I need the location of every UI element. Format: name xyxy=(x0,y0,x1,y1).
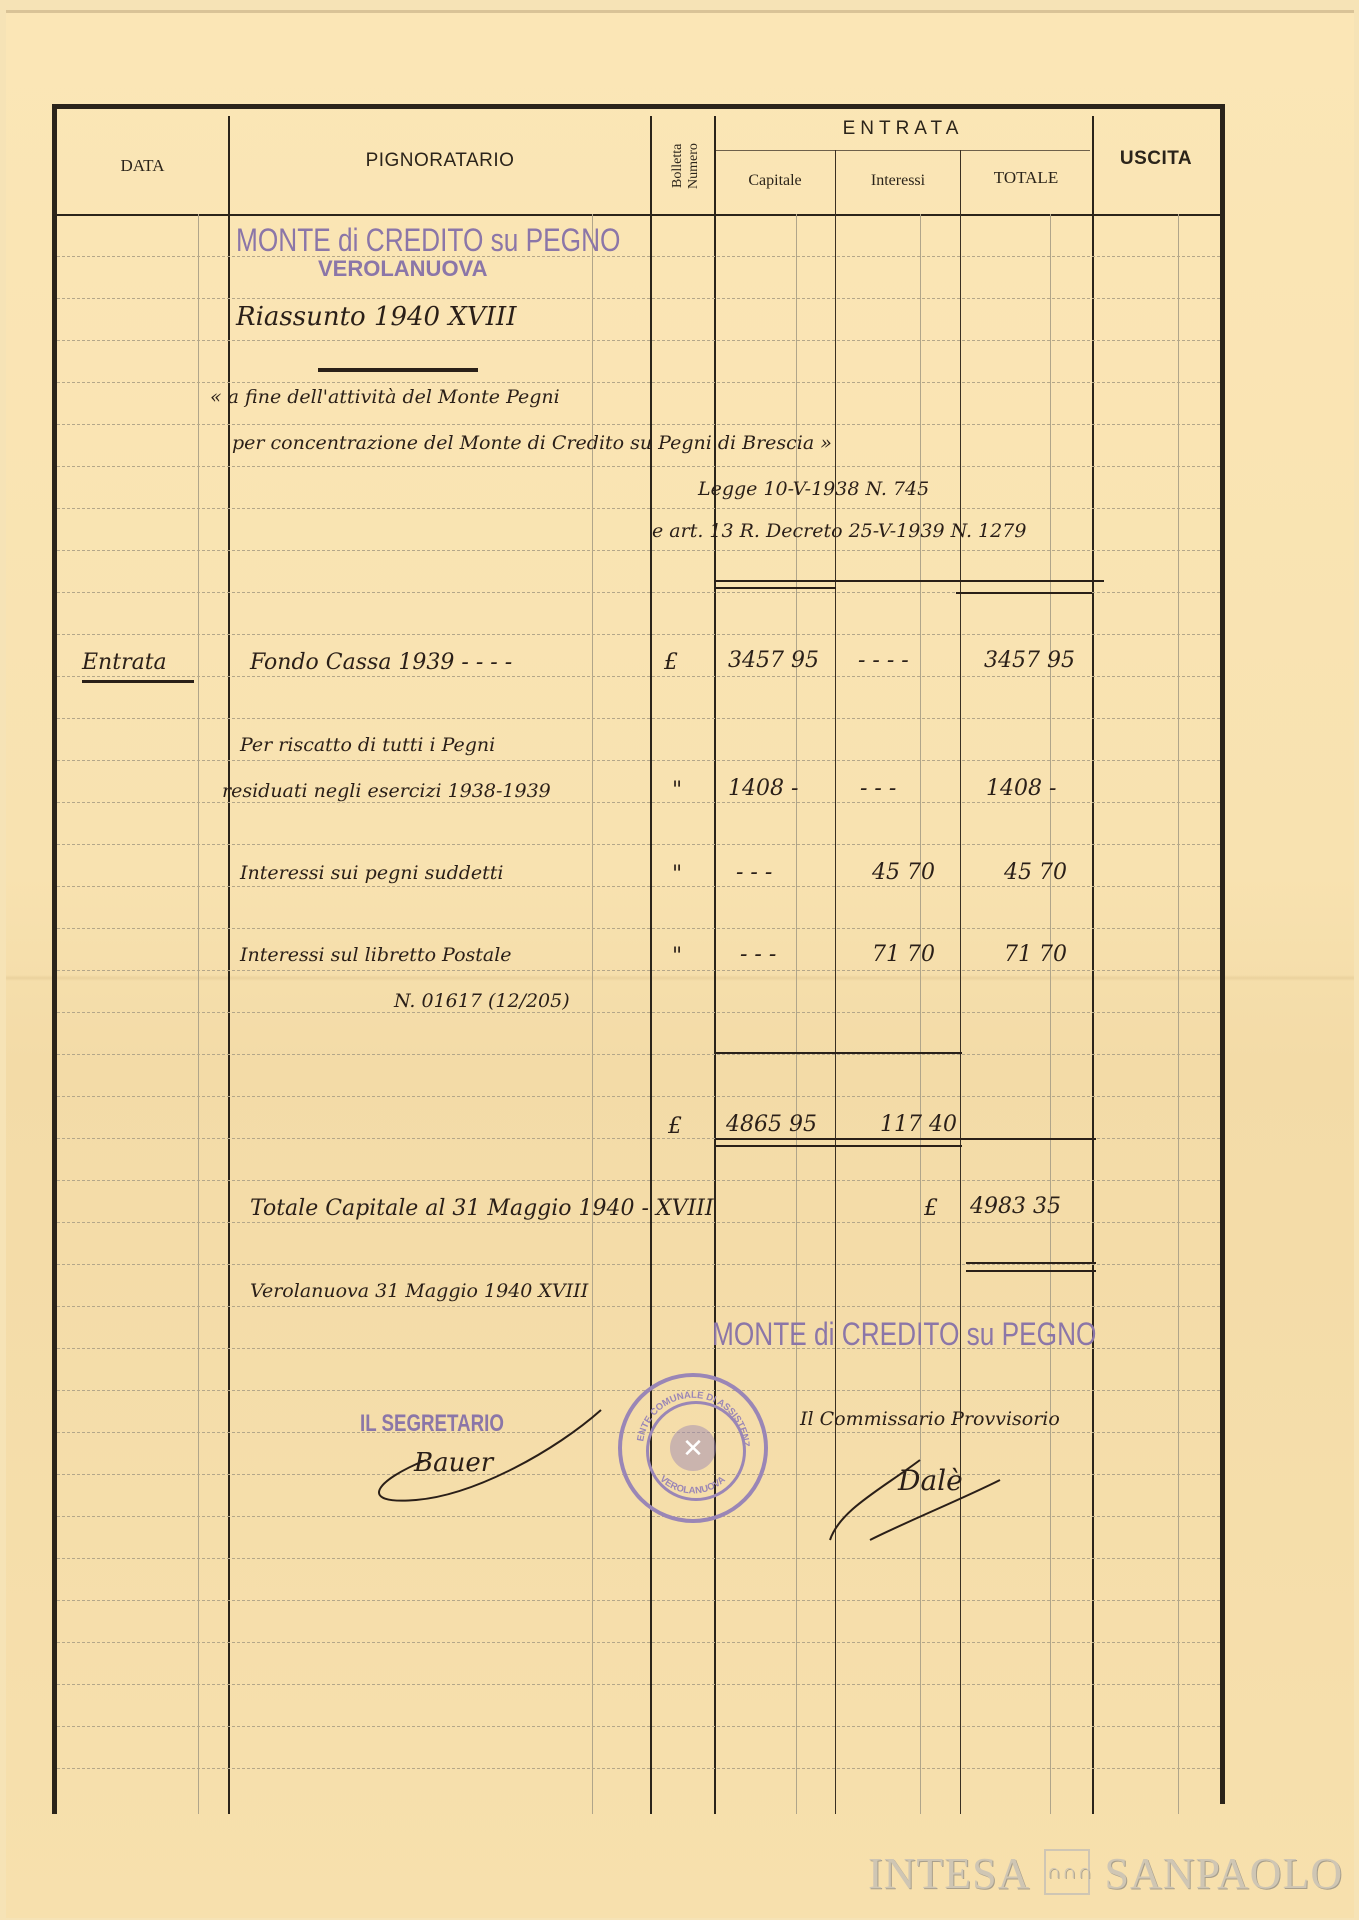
ruling-line xyxy=(57,1726,1220,1727)
ruling-line xyxy=(57,1264,1220,1265)
watermark-left: INTESA xyxy=(868,1849,1030,1898)
entry-currency: £ xyxy=(664,650,678,675)
totale-top-rule xyxy=(956,592,1092,594)
entry-description: Interessi sul libretto Postale xyxy=(240,944,512,966)
total-currency: £ xyxy=(924,1196,938,1221)
ruling-line xyxy=(57,718,1220,719)
ruling-line xyxy=(57,1558,1220,1559)
entry-description-cont: residuati negli esercizi 1938-1939 xyxy=(222,780,551,802)
stamp-verolanuova: VEROLANUOVA xyxy=(318,256,488,282)
title-underline xyxy=(318,368,478,372)
ruling-line xyxy=(57,1180,1220,1181)
ruling-line xyxy=(57,298,1220,299)
header-data: DATA xyxy=(60,156,225,176)
stamp-monte-credito: MONTE di CREDITO su PEGNO xyxy=(236,222,620,259)
official-seal: ✕ ENTE COMUNALE DI ASSISTENZA VEROLANUOV… xyxy=(618,1373,768,1523)
subtotal-double-rule-2 xyxy=(716,1145,962,1147)
section-label-underline xyxy=(82,680,194,683)
entry-capitale: - - - xyxy=(740,942,776,967)
ruling-line xyxy=(57,886,1220,887)
header-uscita: USCITA xyxy=(1094,148,1218,170)
capitale-top-rule xyxy=(714,587,836,589)
commissioner-signature-flourish xyxy=(810,1430,1010,1550)
entry-interessi: - - - - xyxy=(858,648,909,673)
total-double-rule-2 xyxy=(966,1270,1096,1272)
ruling-line xyxy=(57,1600,1220,1601)
seal-text-top: ENTE COMUNALE DI ASSISTENZA xyxy=(622,1377,751,1447)
secretary-signature-flourish xyxy=(356,1400,616,1510)
subtotal-top-rule xyxy=(716,1052,962,1054)
arches-logo-icon: ∩∩∩ xyxy=(1044,1849,1090,1895)
subtotal-capitale: 4865 95 xyxy=(726,1112,817,1137)
watermark-right: SANPAOLO xyxy=(1104,1849,1343,1898)
sub-col-capitale-cents xyxy=(796,214,797,1814)
total-capital-amount: 4983 35 xyxy=(970,1194,1061,1219)
entry-capitale: 1408 - xyxy=(728,776,798,801)
paper-fold xyxy=(6,975,1354,981)
header-rule xyxy=(57,214,1220,216)
ruling-line xyxy=(57,844,1220,845)
intro-line-2: per concentrazione del Monte di Credito … xyxy=(232,432,832,454)
commissioner-title: Il Commissario Provvisorio xyxy=(800,1408,1060,1430)
ruling-line xyxy=(57,340,1220,341)
entry-description: Per riscatto di tutti i Pegni xyxy=(240,734,495,756)
entry-description: Fondo Cassa 1939 - - - - xyxy=(250,650,512,675)
ruling-line xyxy=(57,970,1220,971)
sub-col-data xyxy=(198,214,199,1814)
entrata-subrule xyxy=(716,150,1090,151)
entry-currency: " xyxy=(672,862,682,887)
document-title: Riassunto 1940 XVIII xyxy=(236,302,516,332)
header-pignoratario: PIGNORATARIO xyxy=(232,150,648,172)
header-bolletta-numero: Bolletta Numero xyxy=(670,128,702,204)
intro-line-1: « a fine dell'attività del Monte Pegni xyxy=(210,386,560,408)
entry-description: Interessi sui pegni suddetti xyxy=(240,862,504,884)
entries-top-rule xyxy=(714,580,1104,582)
entry-totale: 45 70 xyxy=(1004,860,1067,885)
ruling-line xyxy=(57,382,1220,383)
entry-currency: " xyxy=(672,944,682,969)
ruling-line xyxy=(57,676,1220,677)
col-divider-data xyxy=(228,116,230,1814)
subtotal-currency: £ xyxy=(668,1114,682,1139)
law-reference-2: e art. 13 R. Decreto 25-V-1939 N. 1279 xyxy=(652,520,1026,542)
subtotal-double-rule-1 xyxy=(716,1138,1096,1140)
svg-text:VEROLANUOVA: VEROLANUOVA xyxy=(658,1474,728,1497)
col-divider-interessi xyxy=(960,150,961,1814)
sub-col-pign xyxy=(592,214,593,1814)
col-divider-pignoratario xyxy=(650,116,652,1814)
right-border xyxy=(1220,104,1225,1804)
svg-text:ENTE COMUNALE DI ASSISTENZA: ENTE COMUNALE DI ASSISTENZA xyxy=(622,1377,751,1447)
top-border xyxy=(52,104,1224,109)
ruling-line xyxy=(57,760,1220,761)
ruling-line xyxy=(57,1012,1220,1013)
entry-capitale: 3457 95 xyxy=(728,648,819,673)
entry-description-cont: N. 01617 (12/205) xyxy=(394,990,570,1012)
ruling-line xyxy=(57,1684,1220,1685)
entry-interessi: 71 70 xyxy=(872,942,935,967)
entry-interessi: - - - xyxy=(860,776,896,801)
ruling-line xyxy=(57,928,1220,929)
seal-text-bottom: VEROLANUOVA xyxy=(658,1474,728,1497)
place-date: Verolanuova 31 Maggio 1940 XVIII xyxy=(250,1280,588,1302)
sub-col-interessi-cents xyxy=(920,214,921,1814)
ruling-line xyxy=(57,256,1220,257)
stamp-monte-credito-bottom: MONTE di CREDITO su PEGNO xyxy=(712,1316,1096,1353)
ruling-line xyxy=(57,550,1220,551)
header-interessi: Interessi xyxy=(838,172,958,190)
entry-currency: " xyxy=(672,778,682,803)
ruling-line xyxy=(57,634,1220,635)
section-label-entrata: Entrata xyxy=(82,650,167,675)
ruling-line xyxy=(57,424,1220,425)
entry-totale: 3457 95 xyxy=(984,648,1075,673)
ruling-line xyxy=(57,1306,1220,1307)
ruling-line xyxy=(57,1642,1220,1643)
entry-capitale: - - - xyxy=(736,860,772,885)
ruling-line xyxy=(57,1222,1220,1223)
entry-totale: 71 70 xyxy=(1004,942,1067,967)
total-double-rule-1 xyxy=(966,1262,1096,1264)
total-capital-label: Totale Capitale al 31 Maggio 1940 - XVII… xyxy=(250,1196,714,1221)
ruling-line xyxy=(57,508,1220,509)
intesa-sanpaolo-watermark: INTESA∩∩∩SANPAOLO xyxy=(868,1848,1343,1901)
ruling-line xyxy=(57,1768,1220,1769)
ruling-line xyxy=(57,1054,1220,1055)
sub-col-uscita-cents xyxy=(1178,214,1179,1814)
ruling-line xyxy=(57,802,1220,803)
ruling-line xyxy=(57,466,1220,467)
entry-interessi: 45 70 xyxy=(872,860,935,885)
header-totale: TOTALE xyxy=(962,168,1090,188)
law-reference-1: Legge 10-V-1938 N. 745 xyxy=(698,478,929,500)
col-divider-bolletta xyxy=(714,116,716,1814)
subtotal-interessi: 117 40 xyxy=(880,1112,957,1137)
col-divider-totale xyxy=(1092,116,1094,1814)
sub-col-totale-cents xyxy=(1050,214,1051,1814)
col-divider-capitale xyxy=(835,150,836,1814)
entry-totale: 1408 - xyxy=(986,776,1056,801)
header-capitale: Capitale xyxy=(716,172,834,190)
ruling-line xyxy=(57,1096,1220,1097)
header-entrata: ENTRATA xyxy=(716,118,1090,140)
